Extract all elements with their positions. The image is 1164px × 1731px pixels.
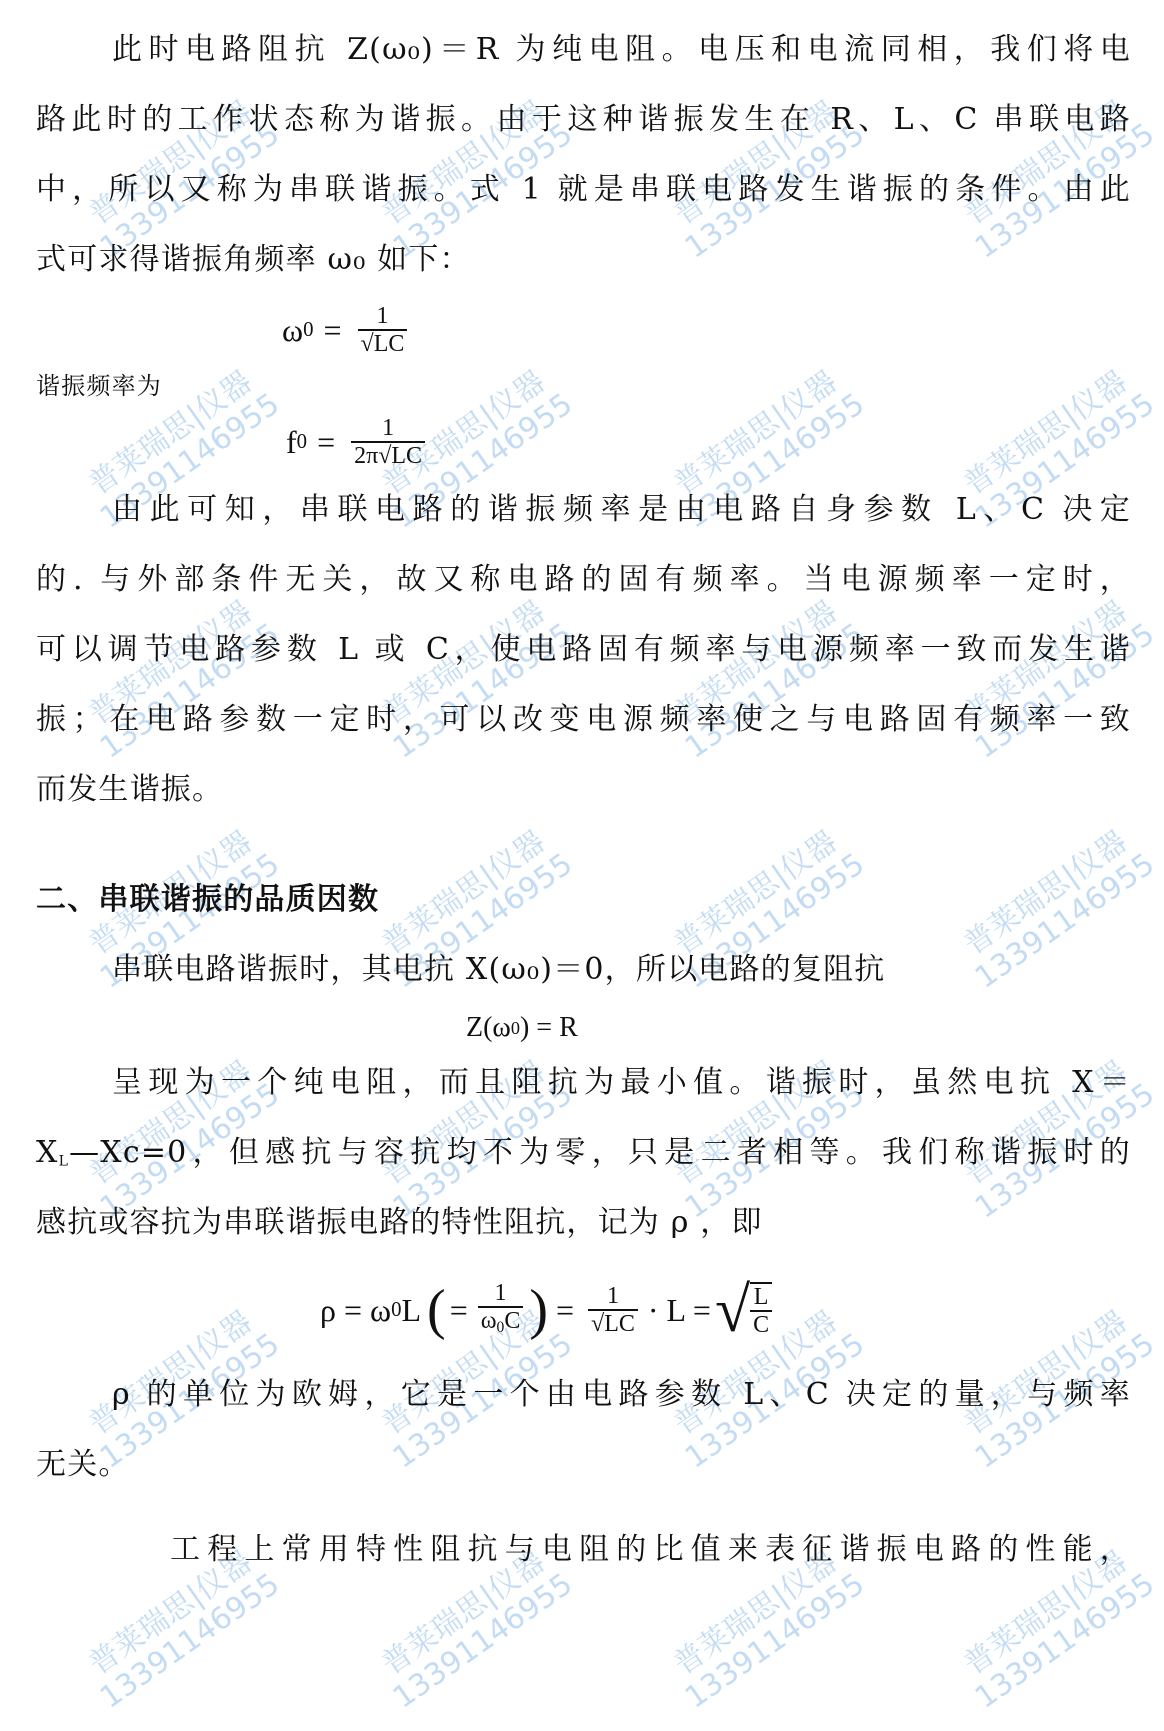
- paragraph-line: 由此可知，串联电路的谐振频率是由电路自身参数 L、C 决定: [112, 490, 1131, 530]
- formula-text: Z(ω: [466, 1012, 511, 1044]
- formula-text: ) = R: [520, 1012, 578, 1044]
- paragraph-line: 无关。: [36, 1445, 1131, 1485]
- paragraph-line: 串联电路谐振时，其电抗 X(ω₀)＝0，所以电路的复阻抗: [112, 950, 1164, 990]
- formula-equals: =: [317, 424, 335, 461]
- numerator: 1: [373, 303, 391, 329]
- numerator: 1: [492, 1280, 510, 1306]
- paragraph-line: 此时电路阻抗 Z(ω₀)＝R 为纯电阻。电压和电流同相，我们将电: [112, 30, 1131, 70]
- fraction: 1 2π√LC: [351, 415, 425, 469]
- paragraph-line: 式可求得谐振角频率 ω₀ 如下：: [36, 240, 1131, 280]
- paragraph-line: ρ 的单位为欧姆，它是一个由电路参数 L、C 决定的量，与频率: [112, 1375, 1131, 1415]
- formula-equals: =: [450, 1292, 468, 1329]
- denominator: 2π√LC: [351, 441, 425, 469]
- fraction: 1 √LC: [358, 303, 408, 357]
- formula-z-omega0: Z(ω0) = R: [466, 1010, 578, 1046]
- fraction: L C: [750, 1282, 772, 1338]
- document-page: 普莱瑞思|仪器13391146955普莱瑞思|仪器13391146955普莱瑞思…: [0, 0, 1164, 1731]
- radical-sign: √: [715, 1278, 750, 1342]
- formula-text: · L =: [648, 1292, 711, 1329]
- square-root: √ L C: [715, 1278, 772, 1342]
- label-resonance-frequency: 谐振频率为: [36, 366, 1131, 406]
- formula-symbol: ω: [282, 312, 303, 349]
- paragraph-line: 中，所以又称为串联谐振。式 1 就是串联电路发生谐振的条件。由此: [36, 170, 1131, 210]
- numerator: 1: [604, 1283, 622, 1309]
- formula-subscript: 0: [303, 318, 313, 342]
- paren-close: ): [529, 1282, 548, 1338]
- fraction: 1 √LC: [588, 1283, 638, 1337]
- formula-symbol: f: [286, 424, 297, 461]
- formula-rho: ρ = ω0L ( = 1 ω0C ) = 1 √LC · L = √ L C: [320, 1265, 772, 1355]
- formula-subscript: 0: [511, 1018, 520, 1039]
- formula-equals: =: [556, 1292, 574, 1329]
- paragraph-line: 感抗或容抗为串联谐振电路的特性阻抗，记为 ρ ，即: [36, 1203, 1131, 1243]
- paragraph-line: 的. 与外部条件无关，故又称电路的固有频率。当电源频率一定时，: [36, 560, 1131, 600]
- formula-equals: =: [323, 312, 341, 349]
- section-heading: 二、串联谐振的品质因数: [36, 880, 1131, 920]
- paragraph-line: 呈现为一个纯电阻，而且阻抗为最小值。谐振时，虽然电抗 X＝: [112, 1063, 1131, 1103]
- denominator: ω0C: [478, 1306, 524, 1341]
- formula-subscript: 0: [391, 1298, 401, 1322]
- formula-subscript: 0: [297, 430, 307, 454]
- formula-f0: f0 = 1 2π√LC: [286, 412, 431, 472]
- denominator: C: [750, 1310, 772, 1338]
- paragraph-line: 工程上常用特性阻抗与电阻的比值来表征谐振电路的性能，: [170, 1530, 1131, 1570]
- paragraph-line: 可以调节电路参数 L 或 C，使电路固有频率与电源频率一致而发生谐: [36, 630, 1131, 670]
- formula-omega0: ω0 = 1 √LC: [282, 300, 413, 360]
- paren-open: (: [427, 1282, 446, 1338]
- numerator: 1: [379, 415, 397, 441]
- numerator: L: [751, 1284, 772, 1310]
- paragraph-line: 路此时的工作状态称为谐振。由于这种谐振发生在 R、L、C 串联电路: [36, 100, 1131, 140]
- formula-text: L: [401, 1292, 421, 1329]
- denominator: √LC: [588, 1309, 638, 1337]
- paragraph-line: XL—Xc=0，但感抗与容抗均不为零，只是二者相等。我们称谐振时的: [36, 1133, 1131, 1182]
- paragraph-line: 而发生谐振。: [36, 770, 1131, 810]
- paragraph-line: 振；在电路参数一定时，可以改变电源频率使之与电路固有频率一致: [36, 700, 1131, 740]
- formula-text: ρ = ω: [320, 1292, 391, 1329]
- denominator: √LC: [358, 329, 408, 357]
- fraction: 1 ω0C: [478, 1280, 524, 1341]
